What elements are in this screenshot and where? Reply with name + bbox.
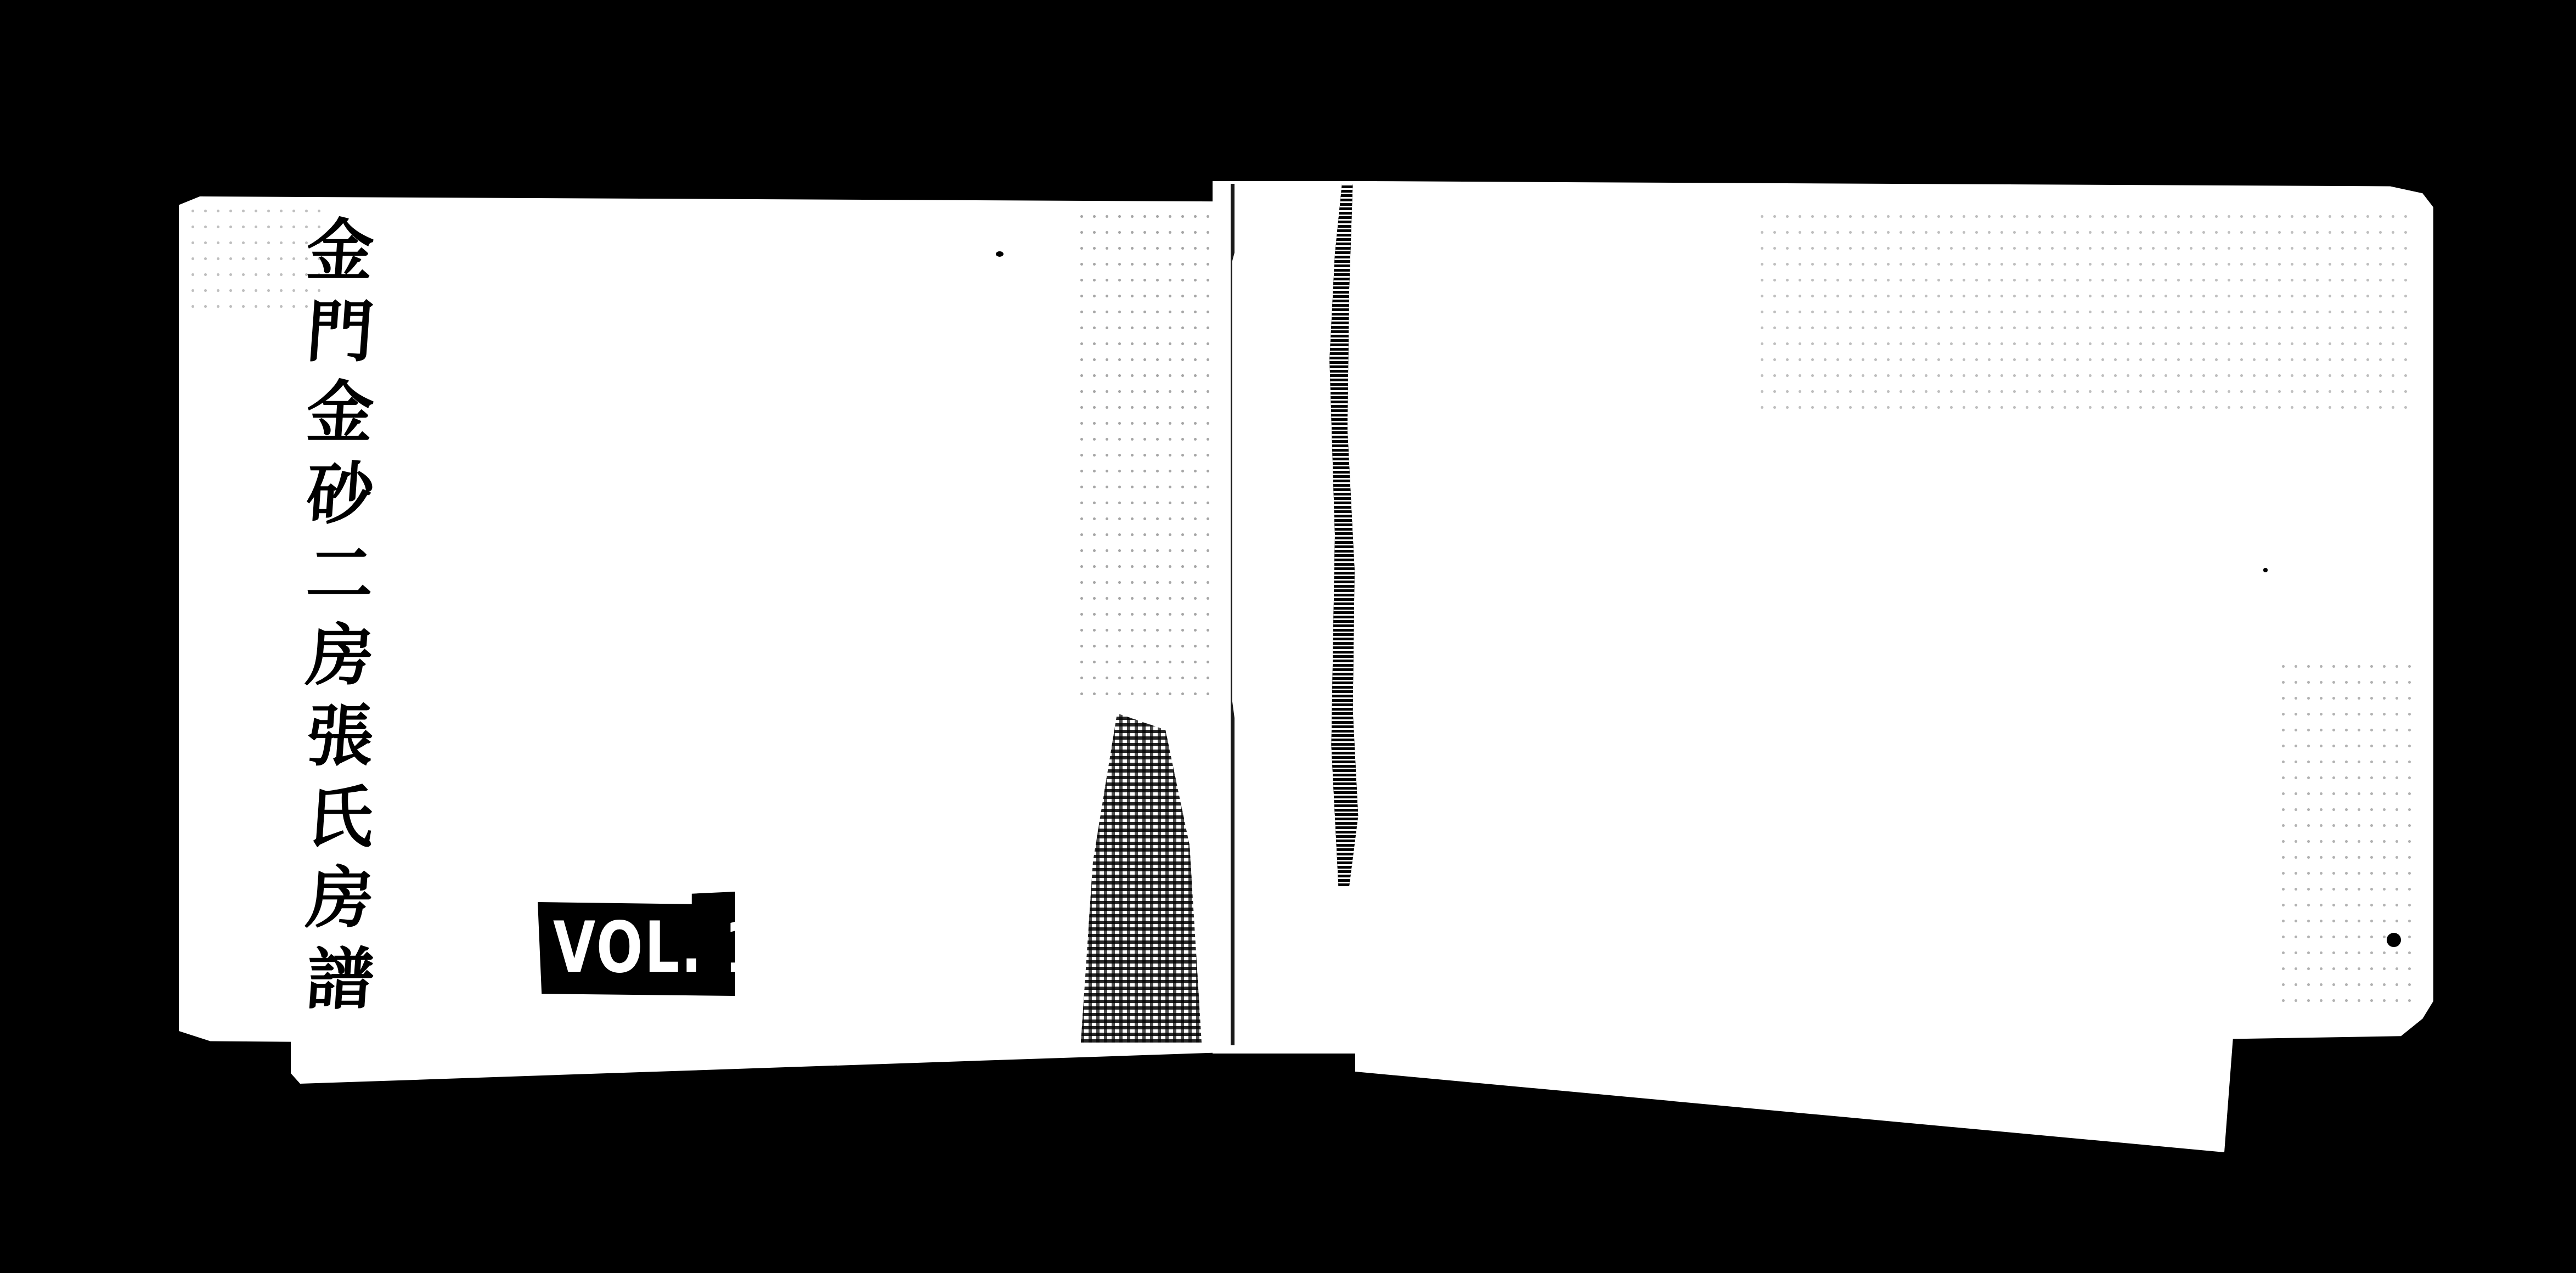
scanned-image: 金 門 金 砂 二 房 張 氏 房 譜 VOL. 1 [0, 0, 2576, 1273]
title-char: 金 [305, 379, 376, 446]
scan-noise [1075, 209, 1218, 702]
title-char: 房 [305, 864, 376, 931]
ink-spot [2263, 568, 2268, 572]
scan-noise [2277, 658, 2414, 1015]
volume-label: VOL. 1 [538, 892, 735, 996]
ink-spot [2387, 933, 2401, 947]
title-char: 譜 [305, 945, 376, 1012]
title-char: 房 [305, 622, 376, 689]
volume-label-text: VOL. 1 [553, 907, 764, 989]
title-char: 砂 [305, 460, 376, 527]
title-char: 張 [305, 702, 376, 769]
ink-spot [996, 251, 1004, 257]
cover-title: 金 門 金 砂 二 房 張 氏 房 譜 [285, 217, 395, 1012]
title-char: 二 [305, 540, 376, 607]
title-char: 門 [305, 298, 376, 365]
scan-noise [1756, 209, 2414, 417]
title-char: 金 [305, 217, 376, 284]
page-edge-right [1355, 1037, 2233, 1152]
title-char: 氏 [305, 784, 376, 850]
